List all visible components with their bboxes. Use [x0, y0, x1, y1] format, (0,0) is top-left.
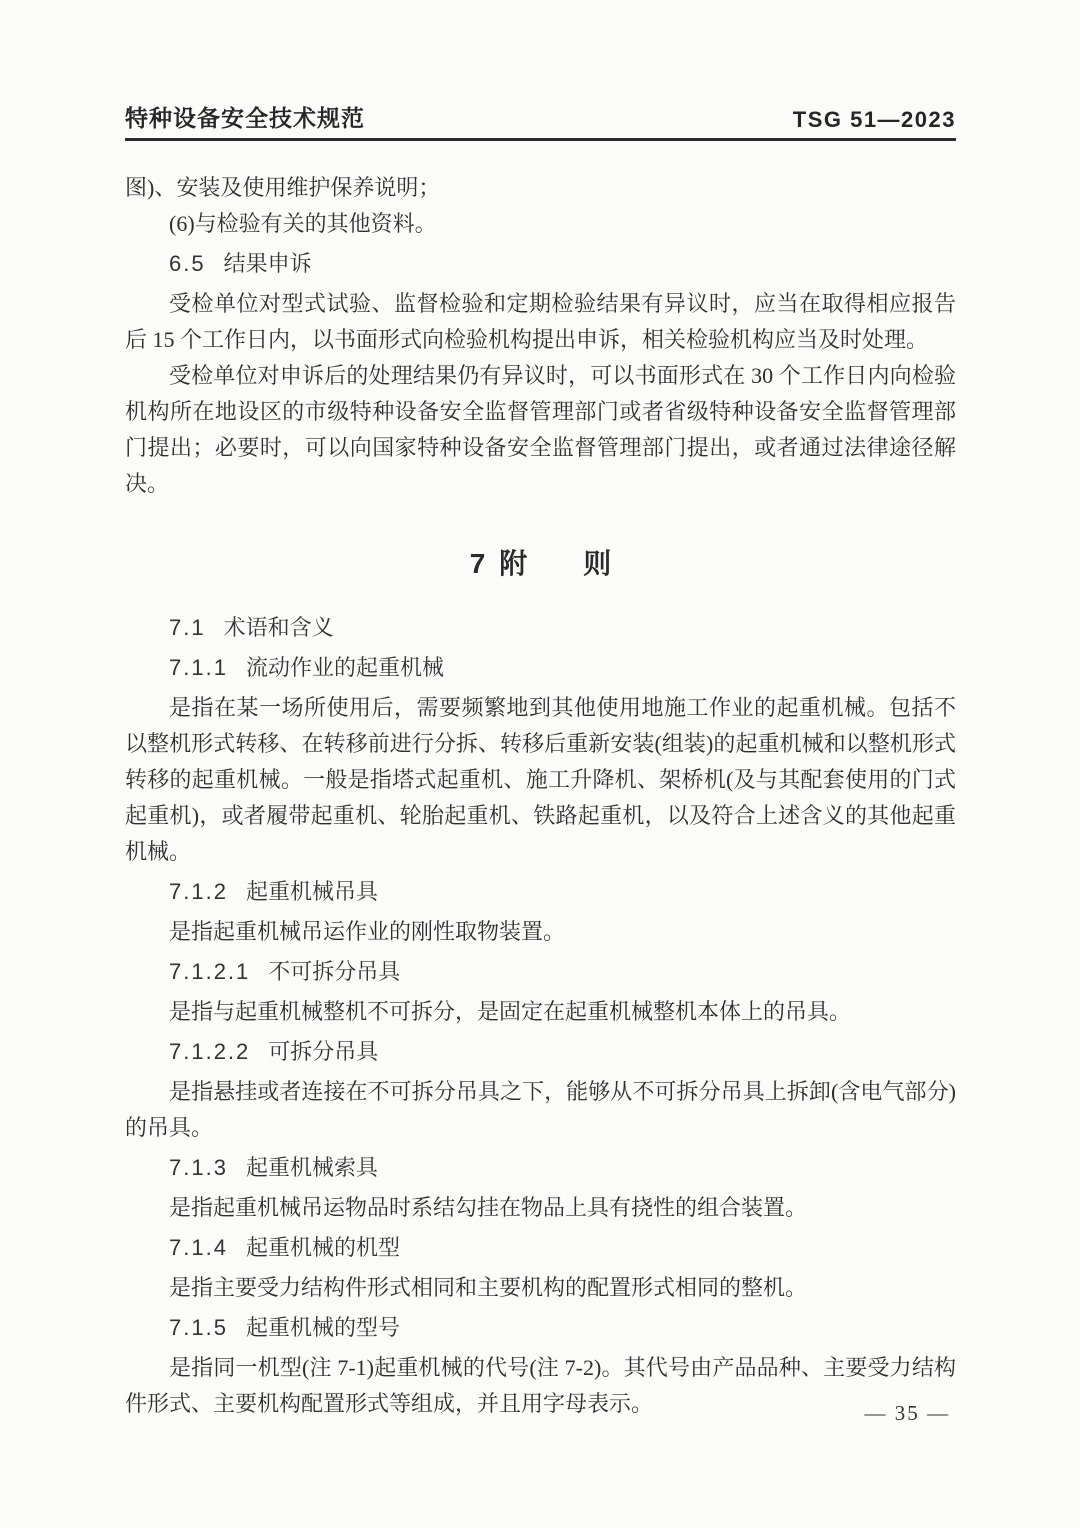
- page-content: 特种设备安全技术规范 TSG 51—2023 图)、安装及使用维护保养说明； (…: [125, 0, 956, 1422]
- term-heading-7-1-5: 7.1.5起重机械的型号: [125, 1310, 956, 1346]
- term-title: 可拆分吊具: [268, 1039, 378, 1064]
- term-title: 起重机械的机型: [246, 1235, 400, 1260]
- term-title: 起重机械索具: [246, 1155, 378, 1180]
- term-definition-7-1-2: 是指起重机械吊运作业的刚性取物装置。: [125, 914, 956, 950]
- section-heading-6-5: 6.5结果申诉: [125, 246, 956, 282]
- chapter-heading-7: 7附 则: [125, 541, 956, 587]
- term-number: 7.1.2: [169, 879, 228, 904]
- term-number: 7.1.2.1: [169, 959, 250, 984]
- header-title: 特种设备安全技术规范: [125, 100, 365, 133]
- term-number: 7.1.3: [169, 1155, 228, 1180]
- term-number: 7.1.1: [169, 655, 228, 680]
- section-number: 7.1: [169, 615, 206, 640]
- chapter-title: 附 则: [499, 548, 611, 579]
- term-definition-7-1-2-1: 是指与起重机械整机不可拆分，是固定在起重机械整机本体上的吊具。: [125, 994, 956, 1030]
- term-title: 流动作业的起重机械: [246, 655, 444, 680]
- term-heading-7-1-1: 7.1.1流动作业的起重机械: [125, 650, 956, 686]
- term-title: 起重机械的型号: [246, 1315, 400, 1340]
- section-number: 6.5: [169, 251, 206, 276]
- list-item-6: (6)与检验有关的其他资料。: [125, 206, 956, 242]
- term-heading-7-1-4: 7.1.4起重机械的机型: [125, 1230, 956, 1266]
- paragraph-continuation: 图)、安装及使用维护保养说明；: [125, 170, 956, 206]
- header-doc-code: TSG 51—2023: [793, 107, 956, 133]
- term-number: 7.1.4: [169, 1235, 228, 1260]
- term-heading-7-1-2: 7.1.2起重机械吊具: [125, 874, 956, 910]
- section-title: 结果申诉: [224, 251, 312, 276]
- section-heading-7-1: 7.1术语和含义: [125, 610, 956, 646]
- page-number: — 35 —: [865, 1401, 951, 1426]
- paragraph-appeal-2: 受检单位对申诉后的处理结果仍有异议时，可以书面形式在 30 个工作日内向检验机构…: [125, 358, 956, 502]
- term-heading-7-1-3: 7.1.3起重机械索具: [125, 1150, 956, 1186]
- term-heading-7-1-2-2: 7.1.2.2可拆分吊具: [125, 1034, 956, 1070]
- term-definition-7-1-4: 是指主要受力结构件形式相同和主要机构的配置形式相同的整机。: [125, 1270, 956, 1306]
- document-page: 特种设备安全技术规范 TSG 51—2023 图)、安装及使用维护保养说明； (…: [0, 0, 1080, 1528]
- term-number: 7.1.5: [169, 1315, 228, 1340]
- term-number: 7.1.2.2: [169, 1039, 250, 1064]
- term-title: 不可拆分吊具: [268, 959, 400, 984]
- document-body: 图)、安装及使用维护保养说明； (6)与检验有关的其他资料。 6.5结果申诉 受…: [125, 170, 956, 1422]
- chapter-number: 7: [470, 548, 486, 579]
- term-heading-7-1-2-1: 7.1.2.1不可拆分吊具: [125, 954, 956, 990]
- page-header: 特种设备安全技术规范 TSG 51—2023: [125, 0, 956, 141]
- term-definition-7-1-2-2: 是指悬挂或者连接在不可拆分吊具之下，能够从不可拆分吊具上拆卸(含电气部分)的吊具…: [125, 1074, 956, 1146]
- term-definition-7-1-5: 是指同一机型(注 7-1)起重机械的代号(注 7-2)。其代号由产品品种、主要受…: [125, 1350, 956, 1422]
- section-title: 术语和含义: [224, 615, 334, 640]
- term-definition-7-1-3: 是指起重机械吊运物品时系结勾挂在物品上具有挠性的组合装置。: [125, 1190, 956, 1226]
- term-definition-7-1-1: 是指在某一场所使用后，需要频繁地到其他使用地施工作业的起重机械。包括不以整机形式…: [125, 690, 956, 870]
- paragraph-appeal-1: 受检单位对型式试验、监督检验和定期检验结果有异议时，应当在取得相应报告后 15 …: [125, 286, 956, 358]
- term-title: 起重机械吊具: [246, 879, 378, 904]
